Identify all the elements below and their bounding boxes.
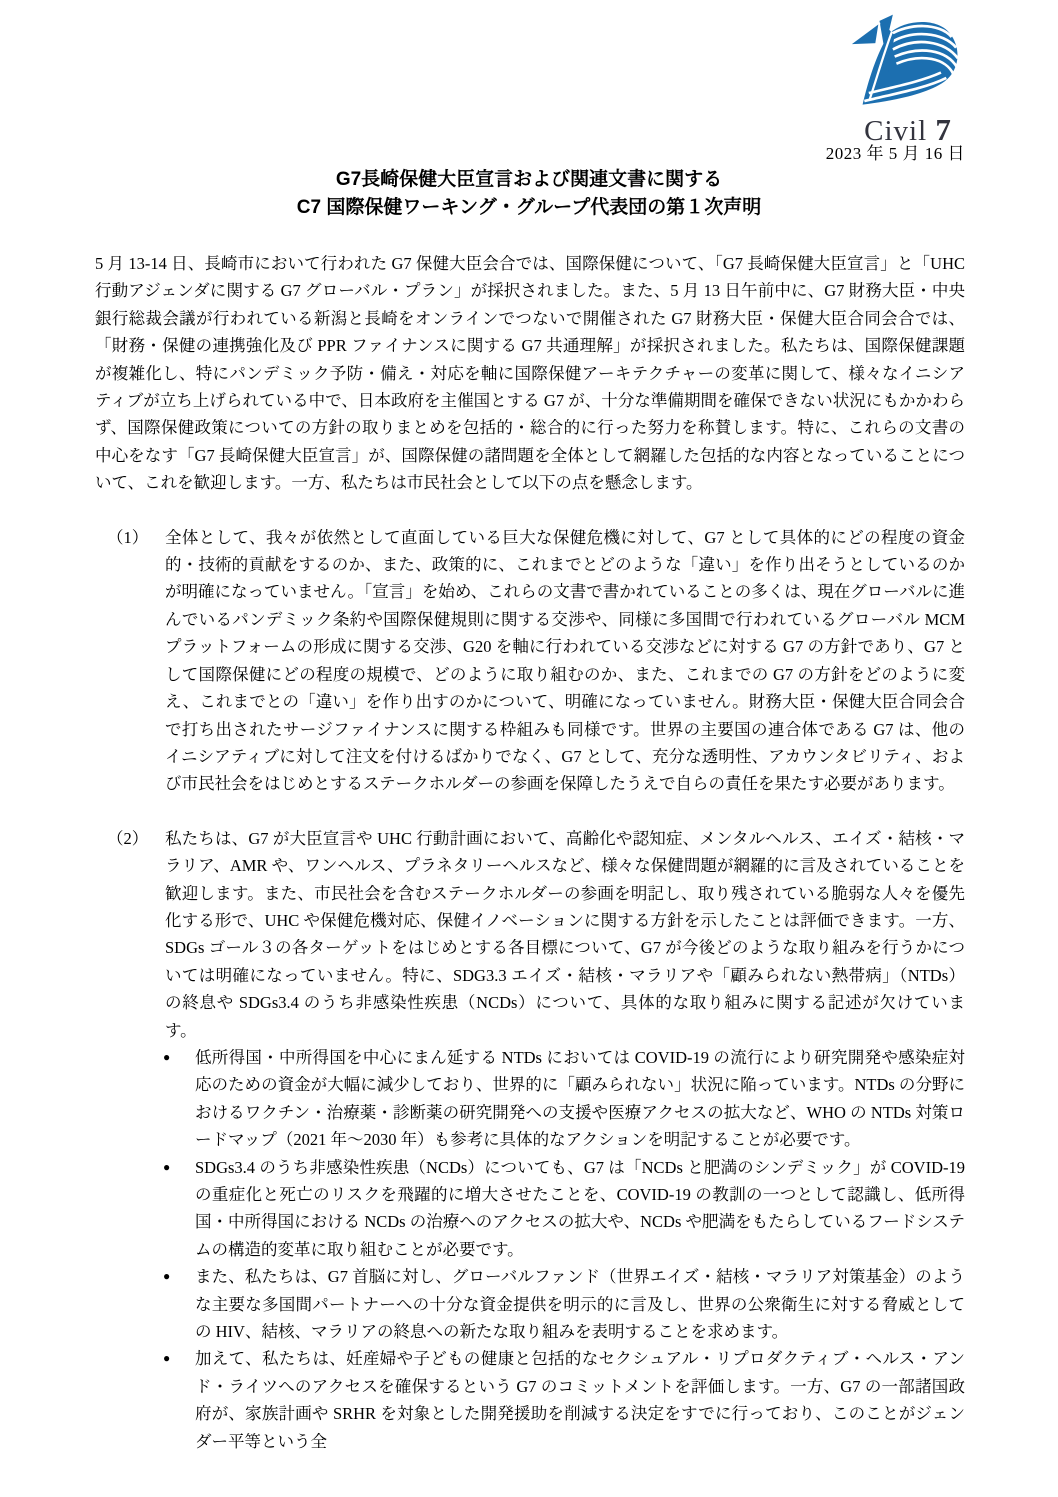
bullet-item-1: ● 低所得国・中所得国を中心にまん延する NTDs においては COVID-19… <box>95 1044 965 1154</box>
document-body: 5 月 13-14 日、長崎市において行われた G7 保健大臣会合では、国際保健… <box>0 250 1058 1455</box>
numbered-item-2: （2） 私たちは、G7 が大臣宣言や UHC 行動計画において、高齢化や認知症、… <box>95 825 965 1044</box>
bullet-marker-icon: ● <box>163 1263 195 1345</box>
bullet-text: SDGs3.4 のうち非感染性疾患（NCDs）についても、G7 は「NCDs と… <box>195 1154 965 1264</box>
item-text: 私たちは、G7 が大臣宣言や UHC 行動計画において、高齢化や認知症、メンタル… <box>165 825 965 1044</box>
document-title-line1: G7長崎保健大臣宣言および関連文書に関する <box>0 166 1058 194</box>
intro-paragraph: 5 月 13-14 日、長崎市において行われた G7 保健大臣会合では、国際保健… <box>95 250 965 497</box>
civil7-logo: Civil 7 <box>838 12 978 148</box>
bullet-text: 低所得国・中所得国を中心にまん延する NTDs においては COVID-19 の… <box>195 1044 965 1154</box>
bullet-item-3: ● また、私たちは、G7 首脳に対し、グローバルファンド（世界エイズ・結核・マラ… <box>95 1263 965 1345</box>
item-number: （2） <box>107 825 165 1044</box>
document-title-line2: C7 国際保健ワーキング・グループ代表団の第１次声明 <box>0 194 1058 222</box>
bullet-item-2: ● SDGs3.4 のうち非感染性疾患（NCDs）についても、G7 は「NCDs… <box>95 1154 965 1264</box>
document-date: 2023 年 5 月 16 日 <box>826 139 965 164</box>
bullet-marker-icon: ● <box>163 1345 195 1455</box>
item-number: （1） <box>107 524 165 798</box>
origami-crane-icon <box>844 12 972 110</box>
bullet-marker-icon: ● <box>163 1154 195 1264</box>
bullet-item-4: ● 加えて、私たちは、妊産婦や子どもの健康と包括的なセクシュアル・リプロダクティ… <box>95 1345 965 1455</box>
bullet-text: また、私たちは、G7 首脳に対し、グローバルファンド（世界エイズ・結核・マラリア… <box>195 1263 965 1345</box>
document-page: Civil 7 2023 年 5 月 16 日 G7長崎保健大臣宣言および関連文… <box>0 0 1058 1497</box>
bullet-marker-icon: ● <box>163 1044 195 1154</box>
item-text: 全体として、我々が依然として直面している巨大な保健危機に対して、G7 として具体… <box>165 524 965 798</box>
bullet-text: 加えて、私たちは、妊産婦や子どもの健康と包括的なセクシュアル・リプロダクティブ・… <box>195 1345 965 1455</box>
numbered-item-1: （1） 全体として、我々が依然として直面している巨大な保健危機に対して、G7 と… <box>95 524 965 798</box>
